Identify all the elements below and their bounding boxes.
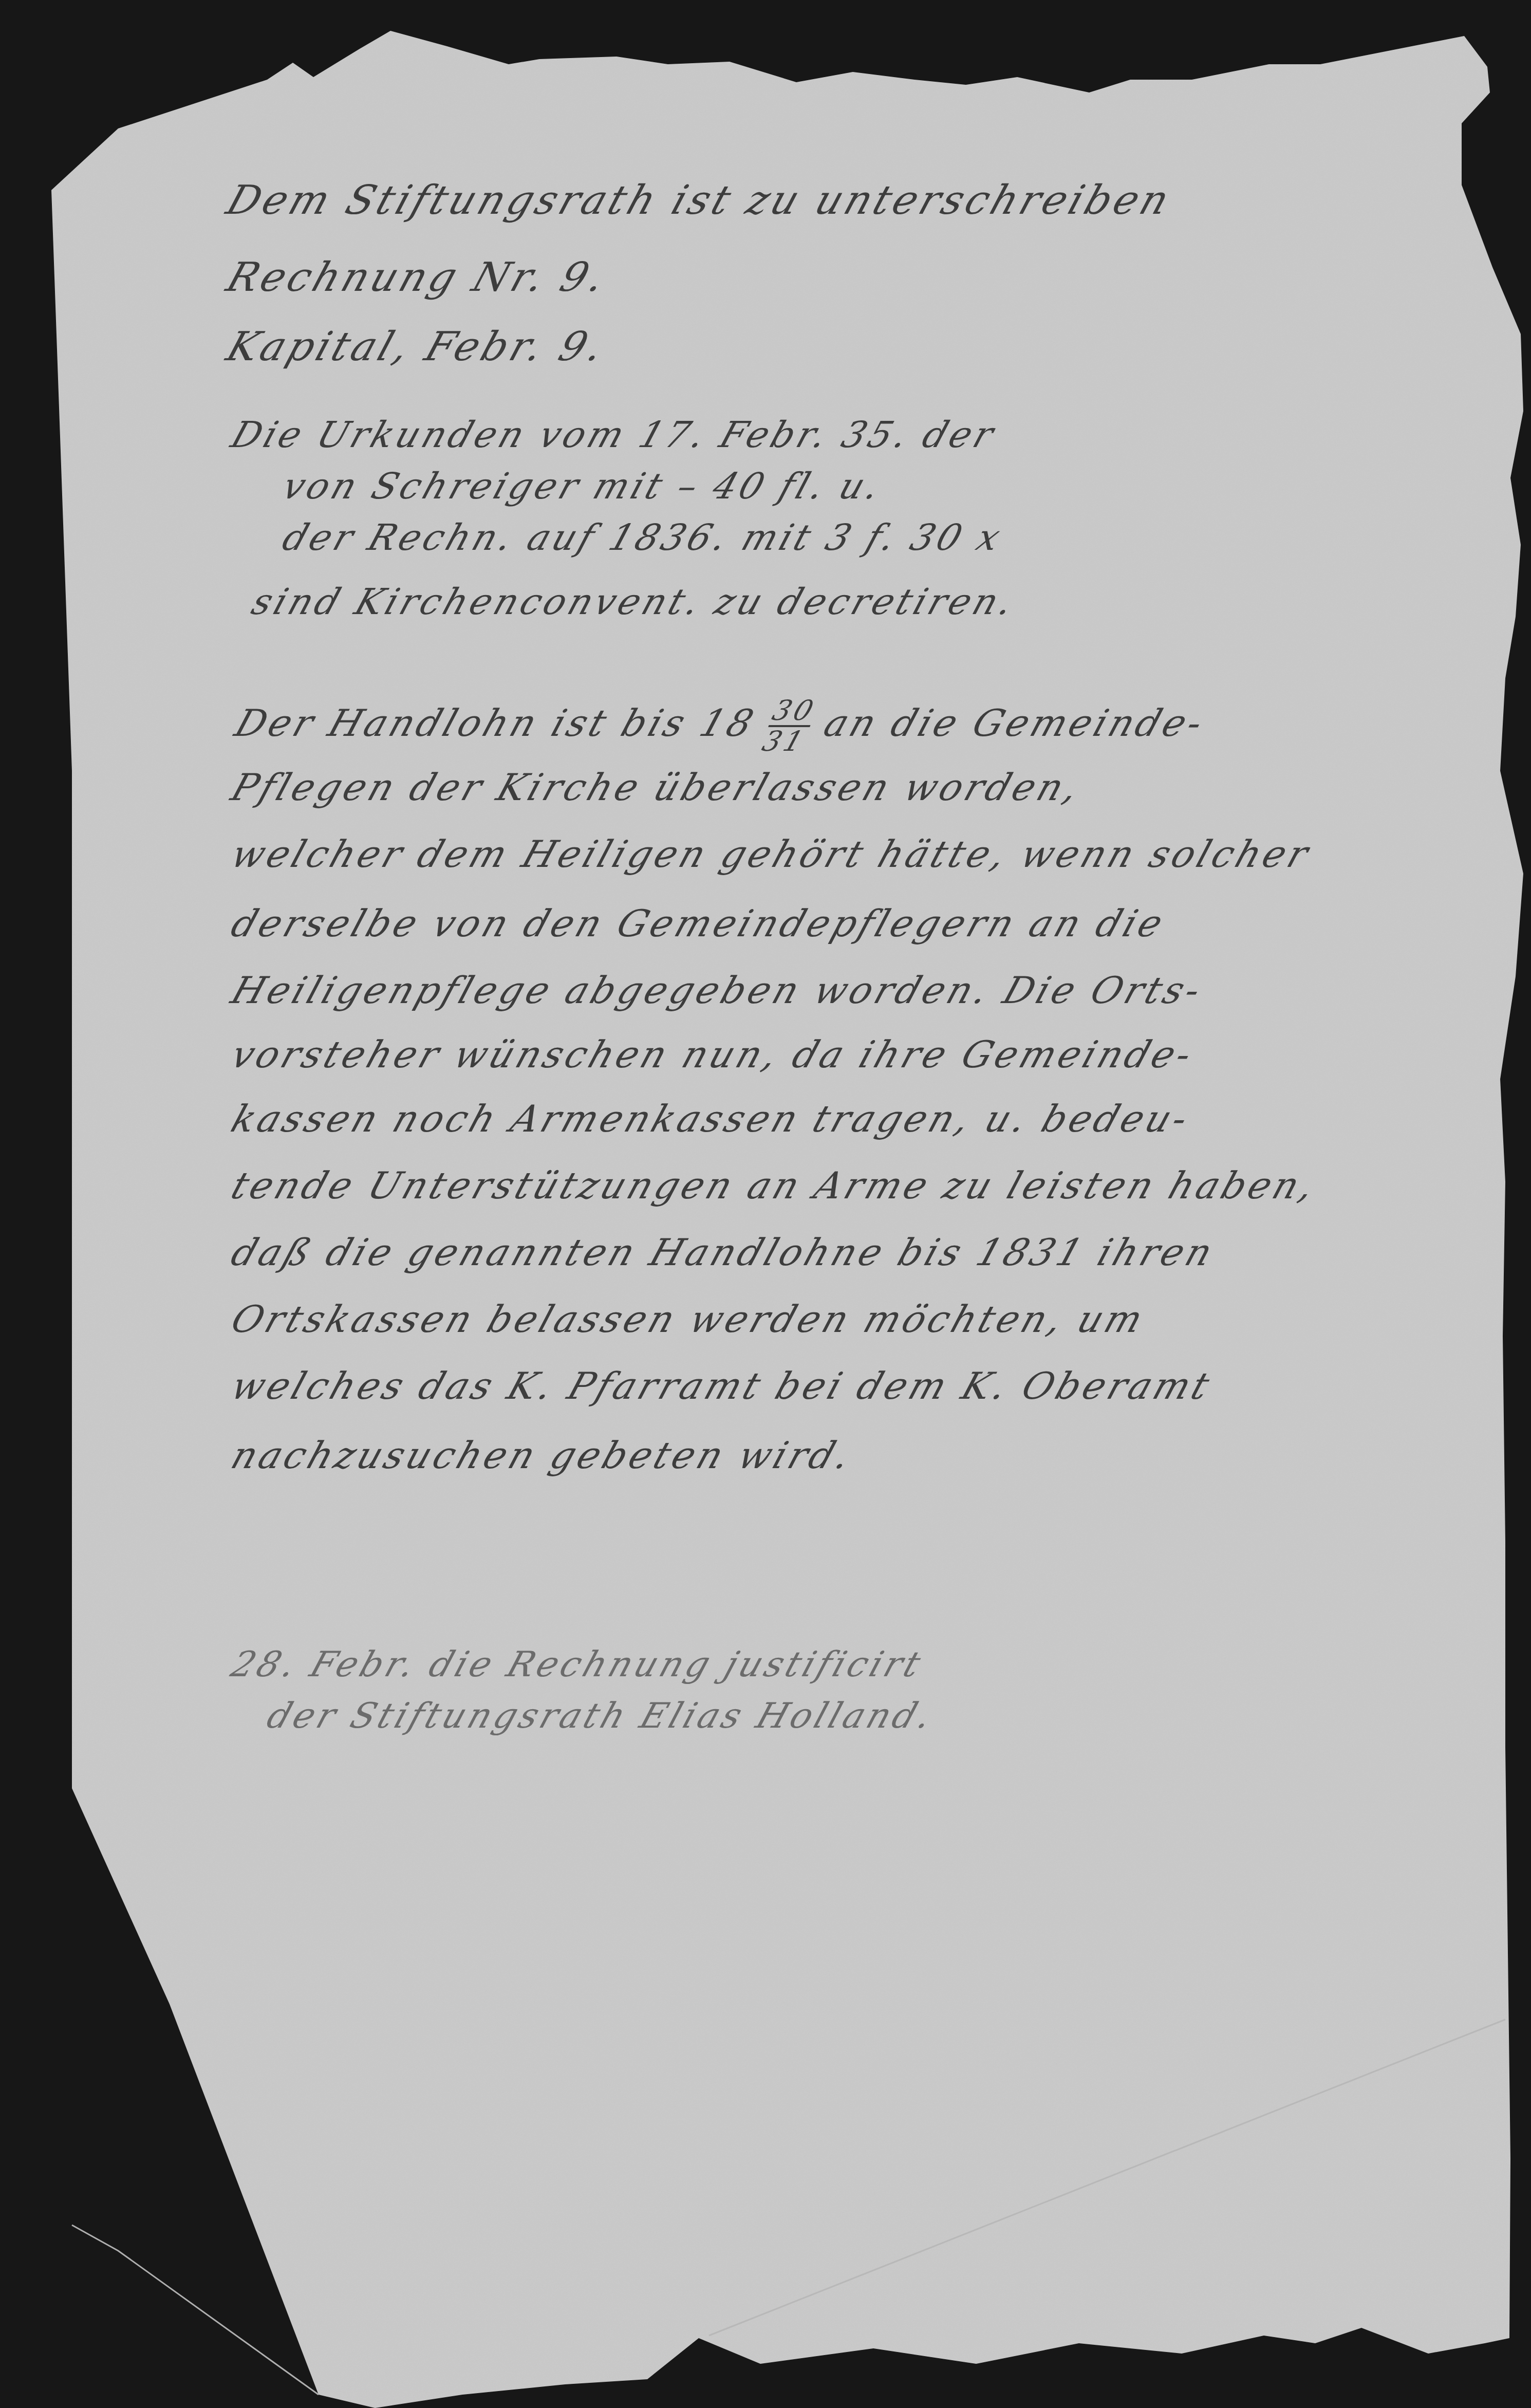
paragraph-line: von Schreiger mit – 40 fl. u. [277,465,888,507]
note-line: 28. Febr. die Rechnung justificirt [226,1644,928,1685]
paragraph-line: Pflegen der Kirche überlassen worden, [226,766,1087,809]
paragraph-line: Der Handlohn ist bis 18 30 31 an die Gem… [226,696,1213,756]
line-text: an die Gemeinde- [819,701,1211,745]
paragraph-line: derselbe von den Gemeindepflegern an die [226,902,1171,945]
line-text: Der Handlohn ist bis 18 [230,701,761,745]
paragraph-line: welches das K. Pfarramt bei dem K. Obera… [226,1364,1218,1407]
header-line: Rechnung Nr. 9. [221,254,613,301]
paragraph-line: vorsteher wünschen nun, da ihre Gemeinde… [226,1033,1200,1076]
paragraph-line: Ortskassen belassen werden möchten, um [226,1298,1151,1341]
paragraph-line: kassen noch Armenkassen tragen, u. bedeu… [226,1097,1196,1140]
signature-line: der Stiftungsrath Elias Holland. [262,1696,940,1736]
paragraph-line: welcher dem Heiligen gehört hätte, wenn … [226,832,1317,876]
paragraph-line: nachzusuchen gebeten wird. [226,1434,859,1477]
paragraph-line: Die Urkunden vom 17. Febr. 35. der [226,414,1002,456]
year-fraction: 30 31 [759,696,819,756]
header-line: Kapital, Febr. 9. [221,324,612,370]
paragraph-line: sind Kirchenconvent. zu decretiren. [247,581,1021,623]
paragraph-line: der Rechn. auf 1836. mit 3 f. 30 x [277,516,1009,559]
manuscript-text: Dem Stiftungsrath ist zu unterschreiben … [0,0,1531,2408]
paragraph-line: daß die genannten Handlohne bis 1831 ihr… [226,1231,1221,1274]
fraction-numerator: 30 [768,696,819,727]
paragraph-line: tende Unterstützungen an Arme zu leisten… [226,1164,1323,1207]
header-line: Dem Stiftungsrath ist zu unterschreiben [221,177,1178,224]
paragraph-line: Heiligenpflege abgegeben worden. Die Ort… [226,969,1209,1012]
fraction-denominator: 31 [759,727,810,756]
